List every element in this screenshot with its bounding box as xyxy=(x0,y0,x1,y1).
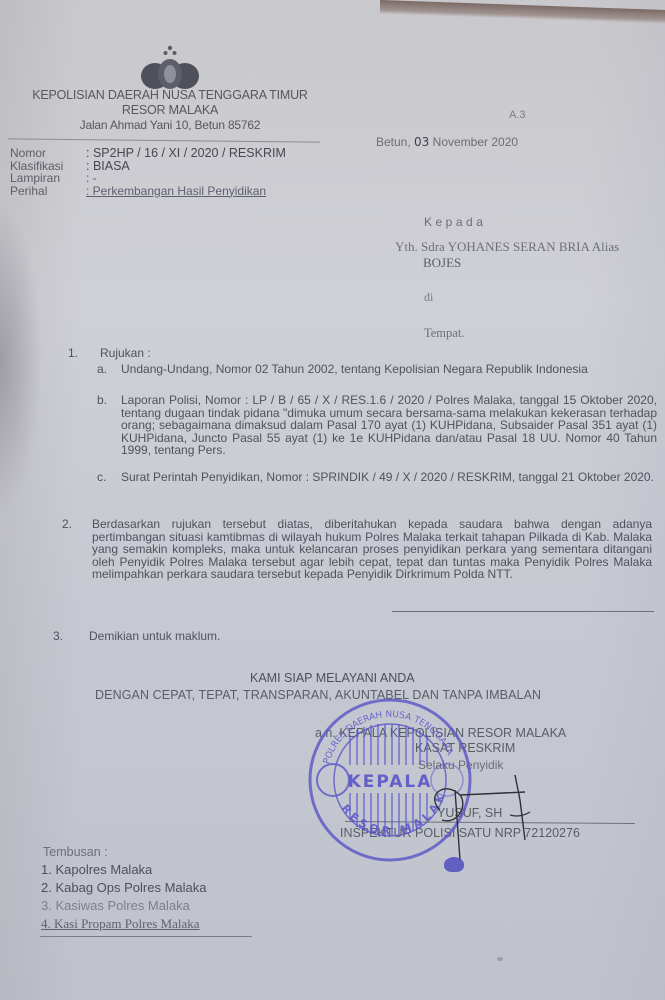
recipient-kepada: Kepada xyxy=(424,215,486,229)
cc-item: 1. Kapolres Malaka xyxy=(41,862,152,877)
item-text: Undang-Undang, Nomor 02 Tahun 2002, tent… xyxy=(121,363,657,376)
point-number: 3. xyxy=(53,630,89,643)
stamp-top-text: POLRES DAERAH NUSA TENGGARA xyxy=(322,710,455,765)
letterhead-unit: RESOR MALAKA xyxy=(10,103,330,117)
cc-item: 2. Kabag Ops Polres Malaka xyxy=(41,880,206,895)
meta-value: : - xyxy=(84,172,97,185)
point-text: Demikian untuk maklum. xyxy=(89,630,220,643)
date-month-year: November 2020 xyxy=(433,135,518,149)
item-label: b. xyxy=(97,394,121,457)
item-label: c. xyxy=(97,471,121,484)
reference-item-b: b. Laporan Polisi, Nomor : LP / B / 65 /… xyxy=(97,394,657,457)
letter-meta: Nomor : SP2HP / 16 / XI / 2020 / RESKRIM… xyxy=(10,147,286,197)
date-place: Betun, xyxy=(376,135,411,149)
item-text: Laporan Polisi, Nomor : LP / B / 65 / X … xyxy=(121,394,657,457)
point-number: 1. xyxy=(68,347,100,360)
point-3: 3. Demikian untuk maklum. xyxy=(53,630,220,643)
meta-row-nomor: Nomor : SP2HP / 16 / XI / 2020 / RESKRIM xyxy=(10,147,286,160)
svg-text:POLRES DAERAH NUSA TENGGARA: POLRES DAERAH NUSA TENGGARA xyxy=(322,710,455,765)
form-code: A.3 xyxy=(509,109,526,121)
meta-key: Perihal xyxy=(10,185,84,198)
letterhead-divider xyxy=(8,138,320,142)
point-text: Berdasarkan rujukan tersebut diatas, dib… xyxy=(92,518,652,581)
meta-value: : Perkembangan Hasil Penyidikan xyxy=(84,185,266,198)
recipient-place: Tempat. xyxy=(424,326,464,341)
letter-date: Betun, 03 November 2020 xyxy=(376,135,518,149)
item-text: Surat Perintah Penyidikan, Nomor : SPRIN… xyxy=(121,471,657,484)
handwritten-signature-icon xyxy=(420,770,560,860)
recipient-di: di xyxy=(424,290,433,305)
letterhead-address: Jalan Ahmad Yani 10, Betun 85762 xyxy=(10,118,330,132)
ink-smudge xyxy=(444,857,464,872)
cc-underline xyxy=(40,936,252,937)
point-title: Rujukan : xyxy=(100,347,151,360)
date-day: 03 xyxy=(414,135,429,149)
letterhead-org: KEPOLISIAN DAERAH NUSA TENGGARA TIMUR xyxy=(10,88,330,102)
recipient-alias: BOJES xyxy=(423,255,461,271)
fill-line xyxy=(392,611,654,612)
item-label: a. xyxy=(97,363,121,376)
point-number: 2. xyxy=(62,518,92,581)
meta-row-perihal: Perihal : Perkembangan Hasil Penyidikan xyxy=(10,185,286,198)
meta-key: Lampiran xyxy=(10,172,84,185)
cc-item: 4. Kasi Propam Polres Malaka xyxy=(41,916,200,932)
recipient-name: Yth. Sdra YOHANES SERAN BRIA Alias xyxy=(395,239,619,255)
paper-speck xyxy=(497,957,503,961)
police-emblem-icon xyxy=(138,44,202,94)
point-2: 2. Berdasarkan rujukan tersebut diatas, … xyxy=(62,518,652,581)
cc-item: 3. Kasiwas Polres Malaka xyxy=(41,898,190,913)
reference-item-c: c. Surat Perintah Penyidikan, Nomor : SP… xyxy=(97,471,657,484)
motto-line-1: KAMI SIAP MELAYANI ANDA xyxy=(250,671,415,685)
meta-key: Nomor xyxy=(10,147,84,160)
table-edge xyxy=(380,0,665,24)
point-1-heading: 1. Rujukan : xyxy=(68,347,658,360)
cc-heading: Tembusan : xyxy=(43,845,108,859)
reference-item-a: a. Undang-Undang, Nomor 02 Tahun 2002, t… xyxy=(97,363,657,376)
meta-row-lampiran: Lampiran : - xyxy=(10,172,286,185)
meta-value: : SP2HP / 16 / XI / 2020 / RESKRIM xyxy=(84,147,286,160)
